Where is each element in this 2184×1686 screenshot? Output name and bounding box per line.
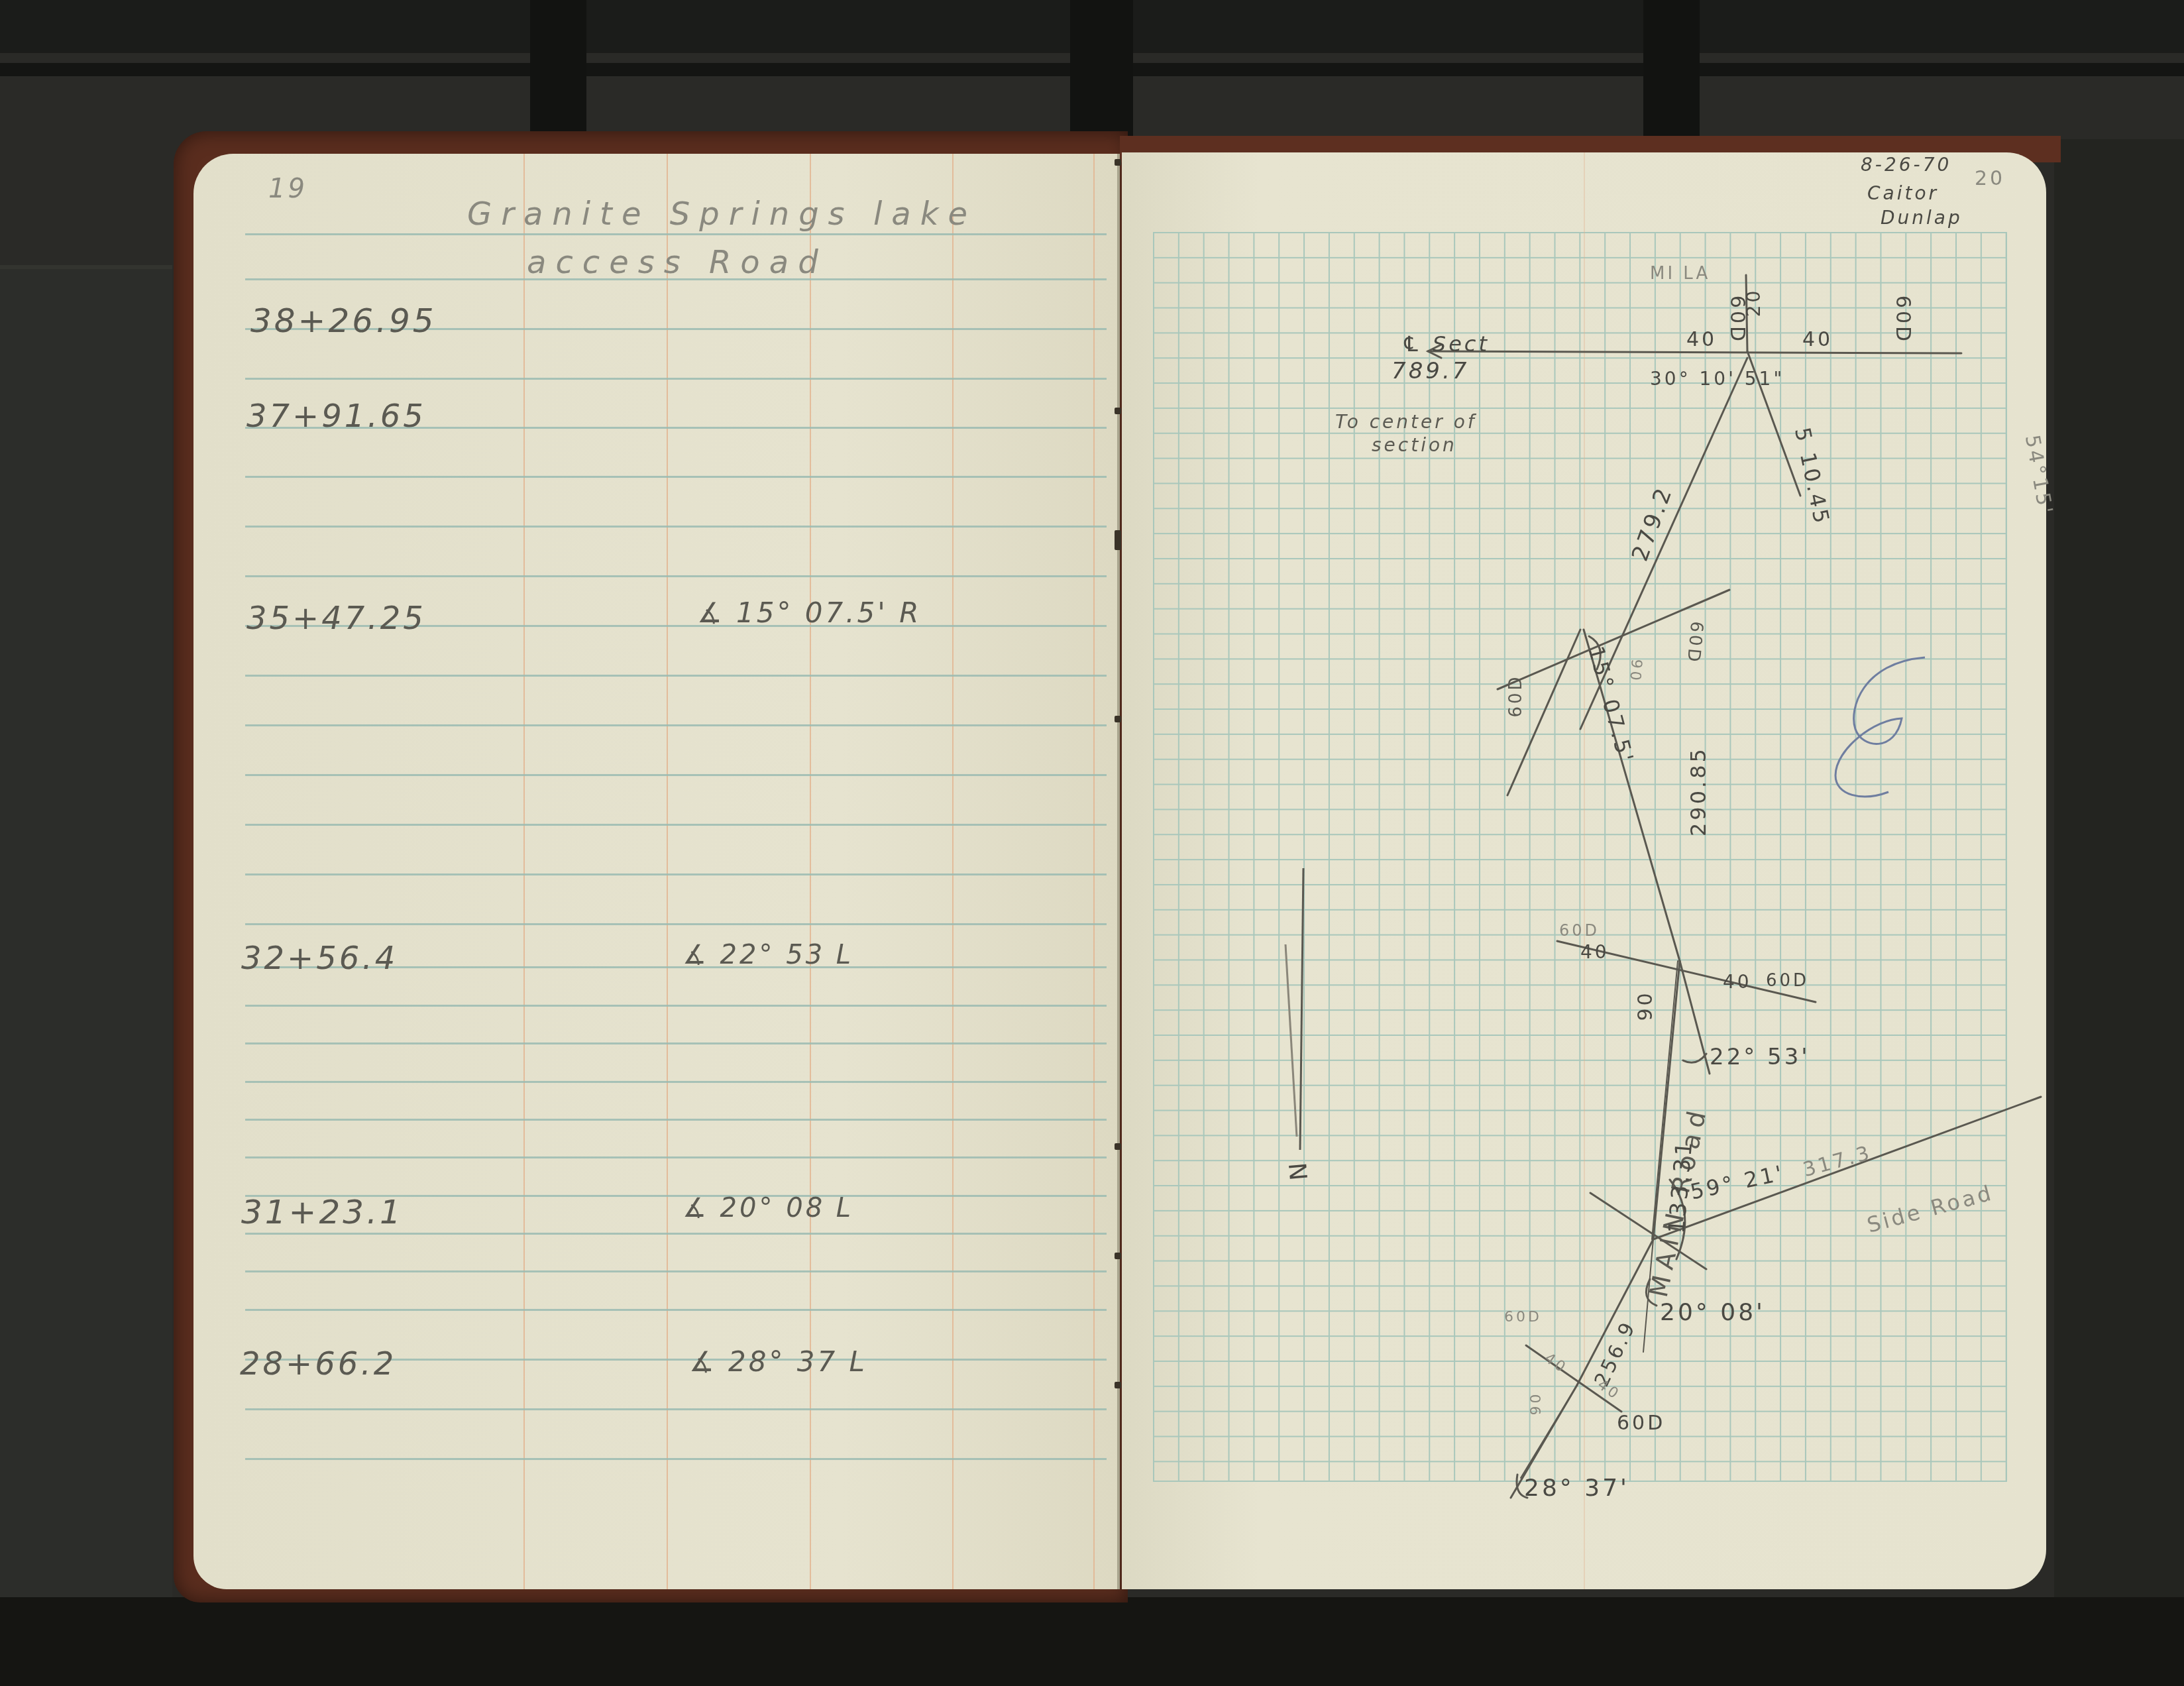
header-crew-1: Caitor	[1867, 182, 1939, 204]
left-page-line	[245, 233, 1107, 235]
left-page-line	[245, 1081, 1107, 1083]
left-page-line	[245, 1005, 1107, 1007]
left-page-line	[245, 1119, 1107, 1121]
pc1-offset-right: 60D	[1683, 620, 1707, 665]
scanner-shelf-left	[0, 265, 172, 1686]
pc2-offset-left: 60D	[1559, 921, 1600, 940]
section-distance: 789.7	[1392, 358, 1469, 384]
station-entry: 31+23.1	[241, 1193, 404, 1231]
left-page-line	[245, 724, 1107, 726]
scanner-shelf-right	[2054, 139, 2184, 1686]
pc1-right-angle: 90	[1626, 658, 1645, 683]
left-page-line	[245, 873, 1107, 875]
left-page-line	[245, 923, 1107, 925]
curve-angle-entry: ∡ 20° 08 L	[682, 1193, 853, 1223]
left-page-line	[245, 675, 1107, 677]
graph-paper-grid	[1153, 232, 2007, 1482]
curve-3-angle: 20° 08'	[1660, 1299, 1765, 1326]
left-page-line	[245, 526, 1107, 528]
spine-stitch	[1115, 1382, 1121, 1388]
pc2-left-width: 40	[1580, 941, 1610, 963]
tangent-3-length: 290.85	[1686, 746, 1711, 836]
pc2-right-width: 40	[1723, 971, 1752, 993]
section-line-label: ℄ Sect	[1401, 331, 1490, 357]
right-page-column-rule	[1584, 152, 1585, 1589]
curve-2-angle: 22° 53'	[1710, 1044, 1810, 1070]
station-entry: 38+26.95	[250, 302, 437, 340]
spine-stitch	[1115, 530, 1121, 550]
notebook-spine	[1117, 154, 1120, 1589]
left-page-column-rule	[952, 154, 954, 1589]
left-page-title-line1: Granite Springs lake	[467, 196, 977, 233]
top-offset-right: 60D	[1891, 296, 1914, 344]
spine-stitch	[1115, 1143, 1121, 1150]
curve-4-angle: 28° 37'	[1524, 1475, 1629, 1502]
left-page-line	[245, 1156, 1107, 1158]
left-page-column-rule	[523, 154, 525, 1589]
curve-angle-entry: ∡ 15° 07.5' R	[697, 596, 921, 629]
left-page-line	[245, 774, 1107, 776]
top-small-dim: 20	[1743, 288, 1765, 317]
header-date: 8-26-70	[1861, 154, 1951, 176]
left-page-number: 19	[268, 174, 307, 204]
left-page-title-line2: access Road	[527, 244, 828, 281]
scanner-clamp-center	[1070, 0, 1133, 142]
spine-stitch	[1115, 408, 1121, 414]
scanner-clamp-right	[1643, 0, 1700, 142]
left-page-line	[245, 1042, 1107, 1044]
left-page-line	[245, 476, 1107, 478]
left-page-column-rule	[1093, 154, 1095, 1589]
pc1-offset-left: 60D	[1506, 674, 1526, 717]
header-crew-2: Dunlap	[1881, 207, 1963, 229]
left-page-column-rule	[667, 154, 668, 1589]
scanner-clamp-left	[530, 0, 586, 142]
top-angle: 30° 10' 51"	[1650, 368, 1784, 390]
left-page-line	[245, 378, 1107, 380]
center-of-section-note: section	[1372, 434, 1457, 456]
pc2-right-angle: 90	[1634, 990, 1657, 1021]
pc2-offset-right: 60D	[1766, 971, 1809, 991]
station-entry: 32+56.4	[241, 940, 398, 977]
station-entry: 35+47.25	[246, 600, 426, 637]
top-width-left: 40	[1686, 328, 1717, 351]
pc3-offset-right: 60D	[1617, 1412, 1665, 1435]
station-entry: 28+66.2	[240, 1345, 396, 1382]
center-of-section-note: To center of	[1335, 411, 1477, 433]
north-arrow-label: N	[1285, 1158, 1314, 1181]
left-page-line	[245, 1270, 1107, 1272]
pc3-right-angle: 90	[1528, 1392, 1545, 1416]
curve-angle-entry: ∡ 22° 53 L	[682, 940, 853, 970]
left-page-line	[245, 575, 1107, 577]
spine-stitch	[1115, 159, 1121, 166]
right-page-number: 20	[1975, 167, 2005, 190]
left-page-line	[245, 1233, 1107, 1235]
station-entry: 37+91.65	[246, 398, 426, 435]
top-faint-label: MI LA	[1650, 264, 1710, 284]
scanner-background-bottom	[0, 1597, 2184, 1686]
pc3-offset-left: 60D	[1504, 1309, 1542, 1325]
spine-stitch	[1115, 1253, 1121, 1259]
curve-angle-entry: ∡ 28° 37 L	[689, 1345, 867, 1378]
left-page-line	[245, 1309, 1107, 1311]
spine-stitch	[1115, 716, 1121, 722]
top-width-right: 40	[1802, 328, 1833, 351]
left-page-line	[245, 824, 1107, 826]
left-page-line	[245, 1458, 1107, 1460]
left-page-line	[245, 1408, 1107, 1410]
